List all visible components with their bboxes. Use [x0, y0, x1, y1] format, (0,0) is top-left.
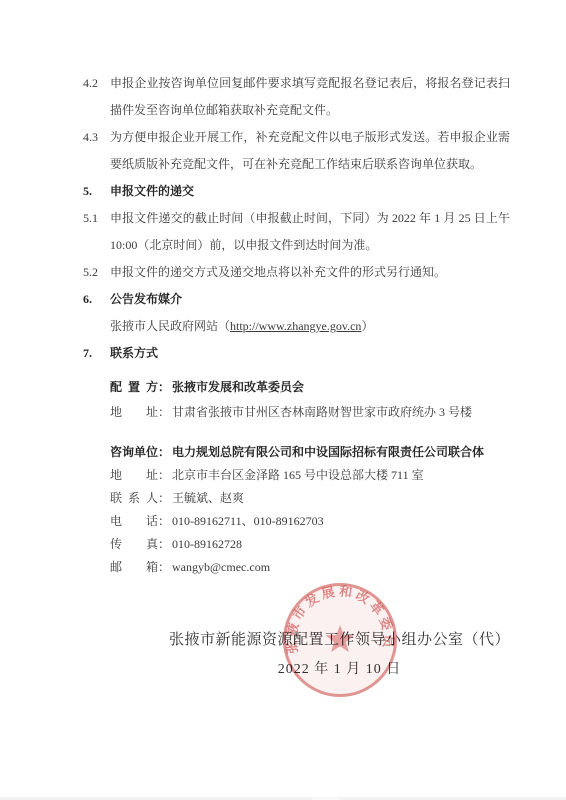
- signature-block: 张掖市新能源资源配置工作领导小组办公室（代） 2022 年 1 月 10 日: [169, 628, 510, 682]
- clause-number: 4.3: [83, 124, 110, 178]
- contact-colon: ：: [158, 441, 170, 464]
- website-link[interactable]: http://www.zhangye.gov.cn: [230, 319, 361, 333]
- clause-4-3: 4.3 为方便申报企业开展工作，补充竞配文件以电子版形式发送。若申报企业需要纸质…: [83, 124, 510, 178]
- contact-row-address: 地址：北京市丰台区金泽路 165 号中设总部大楼 711 室: [110, 464, 510, 487]
- section-number: 7.: [83, 340, 110, 367]
- contact-value: 010-89162711、010-89162703: [172, 514, 324, 528]
- contact-label: 地址: [110, 464, 158, 487]
- section-heading-6: 6. 公告发布媒介: [83, 286, 510, 313]
- section-title: 联系方式: [110, 340, 510, 367]
- contact-colon: ：: [158, 487, 170, 510]
- contact-row-address: 地址：甘肃省张掖市甘州区杏林南路财智世家市政府统办 3 号楼: [110, 400, 510, 425]
- signature-date: 2022 年 1 月 10 日: [169, 658, 510, 682]
- contact-label: 咨询单位: [110, 441, 158, 464]
- contact-row-fax: 传真：010-89162728: [110, 533, 510, 556]
- contact-colon: ：: [158, 375, 170, 400]
- document-content: 4.2 申报企业按咨询单位回复邮件要求填写竞配报名登记表后，将报名登记表扫描件发…: [0, 0, 566, 682]
- contact-value: 电力规划总院有限公司和中设国际招标有限责任公司联合体: [172, 445, 484, 459]
- contact-value: 甘肃省张掖市甘州区杏林南路财智世家市政府统办 3 号楼: [172, 405, 472, 419]
- contact-row-email: 邮箱：wangyb@cmec.com: [110, 556, 510, 579]
- clause-5-2: 5.2 申报文件的递交方式及递交地点将以补充文件的形式另行通知。: [83, 259, 510, 286]
- contact-value: 张掖市发展和改革委员会: [172, 380, 304, 394]
- section-heading-7: 7. 联系方式: [83, 340, 510, 367]
- media-prefix: 张掖市人民政府网站（: [110, 319, 230, 333]
- contact-colon: ：: [158, 464, 170, 487]
- contact-colon: ：: [158, 510, 170, 533]
- clause-text: 申报文件的递交方式及递交地点将以补充文件的形式另行通知。: [110, 259, 510, 286]
- contact-label: 电话: [110, 510, 158, 533]
- media-suffix: ）: [361, 319, 373, 333]
- clause-number: 5.1: [83, 205, 110, 259]
- document-page: 4.2 申报企业按咨询单位回复邮件要求填写竞配报名登记表后，将报名登记表扫描件发…: [0, 0, 566, 800]
- contact-row-consultant: 咨询单位：电力规划总院有限公司和中设国际招标有限责任公司联合体: [110, 441, 510, 464]
- contact-label: 地址: [110, 400, 158, 425]
- contact-label: 联系人: [110, 487, 158, 510]
- contact-value: 010-89162728: [172, 537, 242, 551]
- section-title: 申报文件的递交: [110, 178, 510, 205]
- clause-number: 5.2: [83, 259, 110, 286]
- contact-colon: ：: [158, 400, 170, 425]
- clause-text: 申报企业按咨询单位回复邮件要求填写竞配报名登记表后，将报名登记表扫描件发至咨询单…: [110, 70, 510, 124]
- contact-value: 王毓斌、赵爽: [172, 491, 244, 505]
- consultant-contact-block: 咨询单位：电力规划总院有限公司和中设国际招标有限责任公司联合体 地址：北京市丰台…: [83, 441, 510, 579]
- signature-office: 张掖市新能源资源配置工作领导小组办公室（代）: [169, 628, 510, 652]
- contact-value: wangyb@cmec.com: [172, 560, 270, 574]
- clause-text: 申报文件递交的截止时间（申报截止时间，下同）为 2022 年 1 月 25 日上…: [110, 205, 510, 259]
- contact-colon: ：: [158, 533, 170, 556]
- contact-value: 北京市丰台区金泽路 165 号中设总部大楼 711 室: [172, 468, 424, 482]
- configurer-contact-block: 配置方：张掖市发展和改革委员会 地址：甘肃省张掖市甘州区杏林南路财智世家市政府统…: [83, 375, 510, 425]
- section-title: 公告发布媒介: [110, 286, 510, 313]
- contact-label: 配置方: [110, 375, 158, 400]
- section-number: 5.: [83, 178, 110, 205]
- contact-label: 传真: [110, 533, 158, 556]
- section-number: 6.: [83, 286, 110, 313]
- clause-number: 4.2: [83, 70, 110, 124]
- contact-row-configurer: 配置方：张掖市发展和改革委员会: [110, 375, 510, 400]
- contact-row-phone: 电话：010-89162711、010-89162703: [110, 510, 510, 533]
- clause-4-2: 4.2 申报企业按咨询单位回复邮件要求填写竞配报名登记表后，将报名登记表扫描件发…: [83, 70, 510, 124]
- clause-5-1: 5.1 申报文件递交的截止时间（申报截止时间，下同）为 2022 年 1 月 2…: [83, 205, 510, 259]
- contact-row-person: 联系人：王毓斌、赵爽: [110, 487, 510, 510]
- announcement-media-line: 张掖市人民政府网站（http://www.zhangye.gov.cn）: [83, 313, 510, 340]
- clause-text: 为方便申报企业开展工作，补充竞配文件以电子版形式发送。若申报企业需要纸质版补充竞…: [110, 124, 510, 178]
- section-heading-5: 5. 申报文件的递交: [83, 178, 510, 205]
- contact-colon: ：: [158, 556, 170, 579]
- contact-label: 邮箱: [110, 556, 158, 579]
